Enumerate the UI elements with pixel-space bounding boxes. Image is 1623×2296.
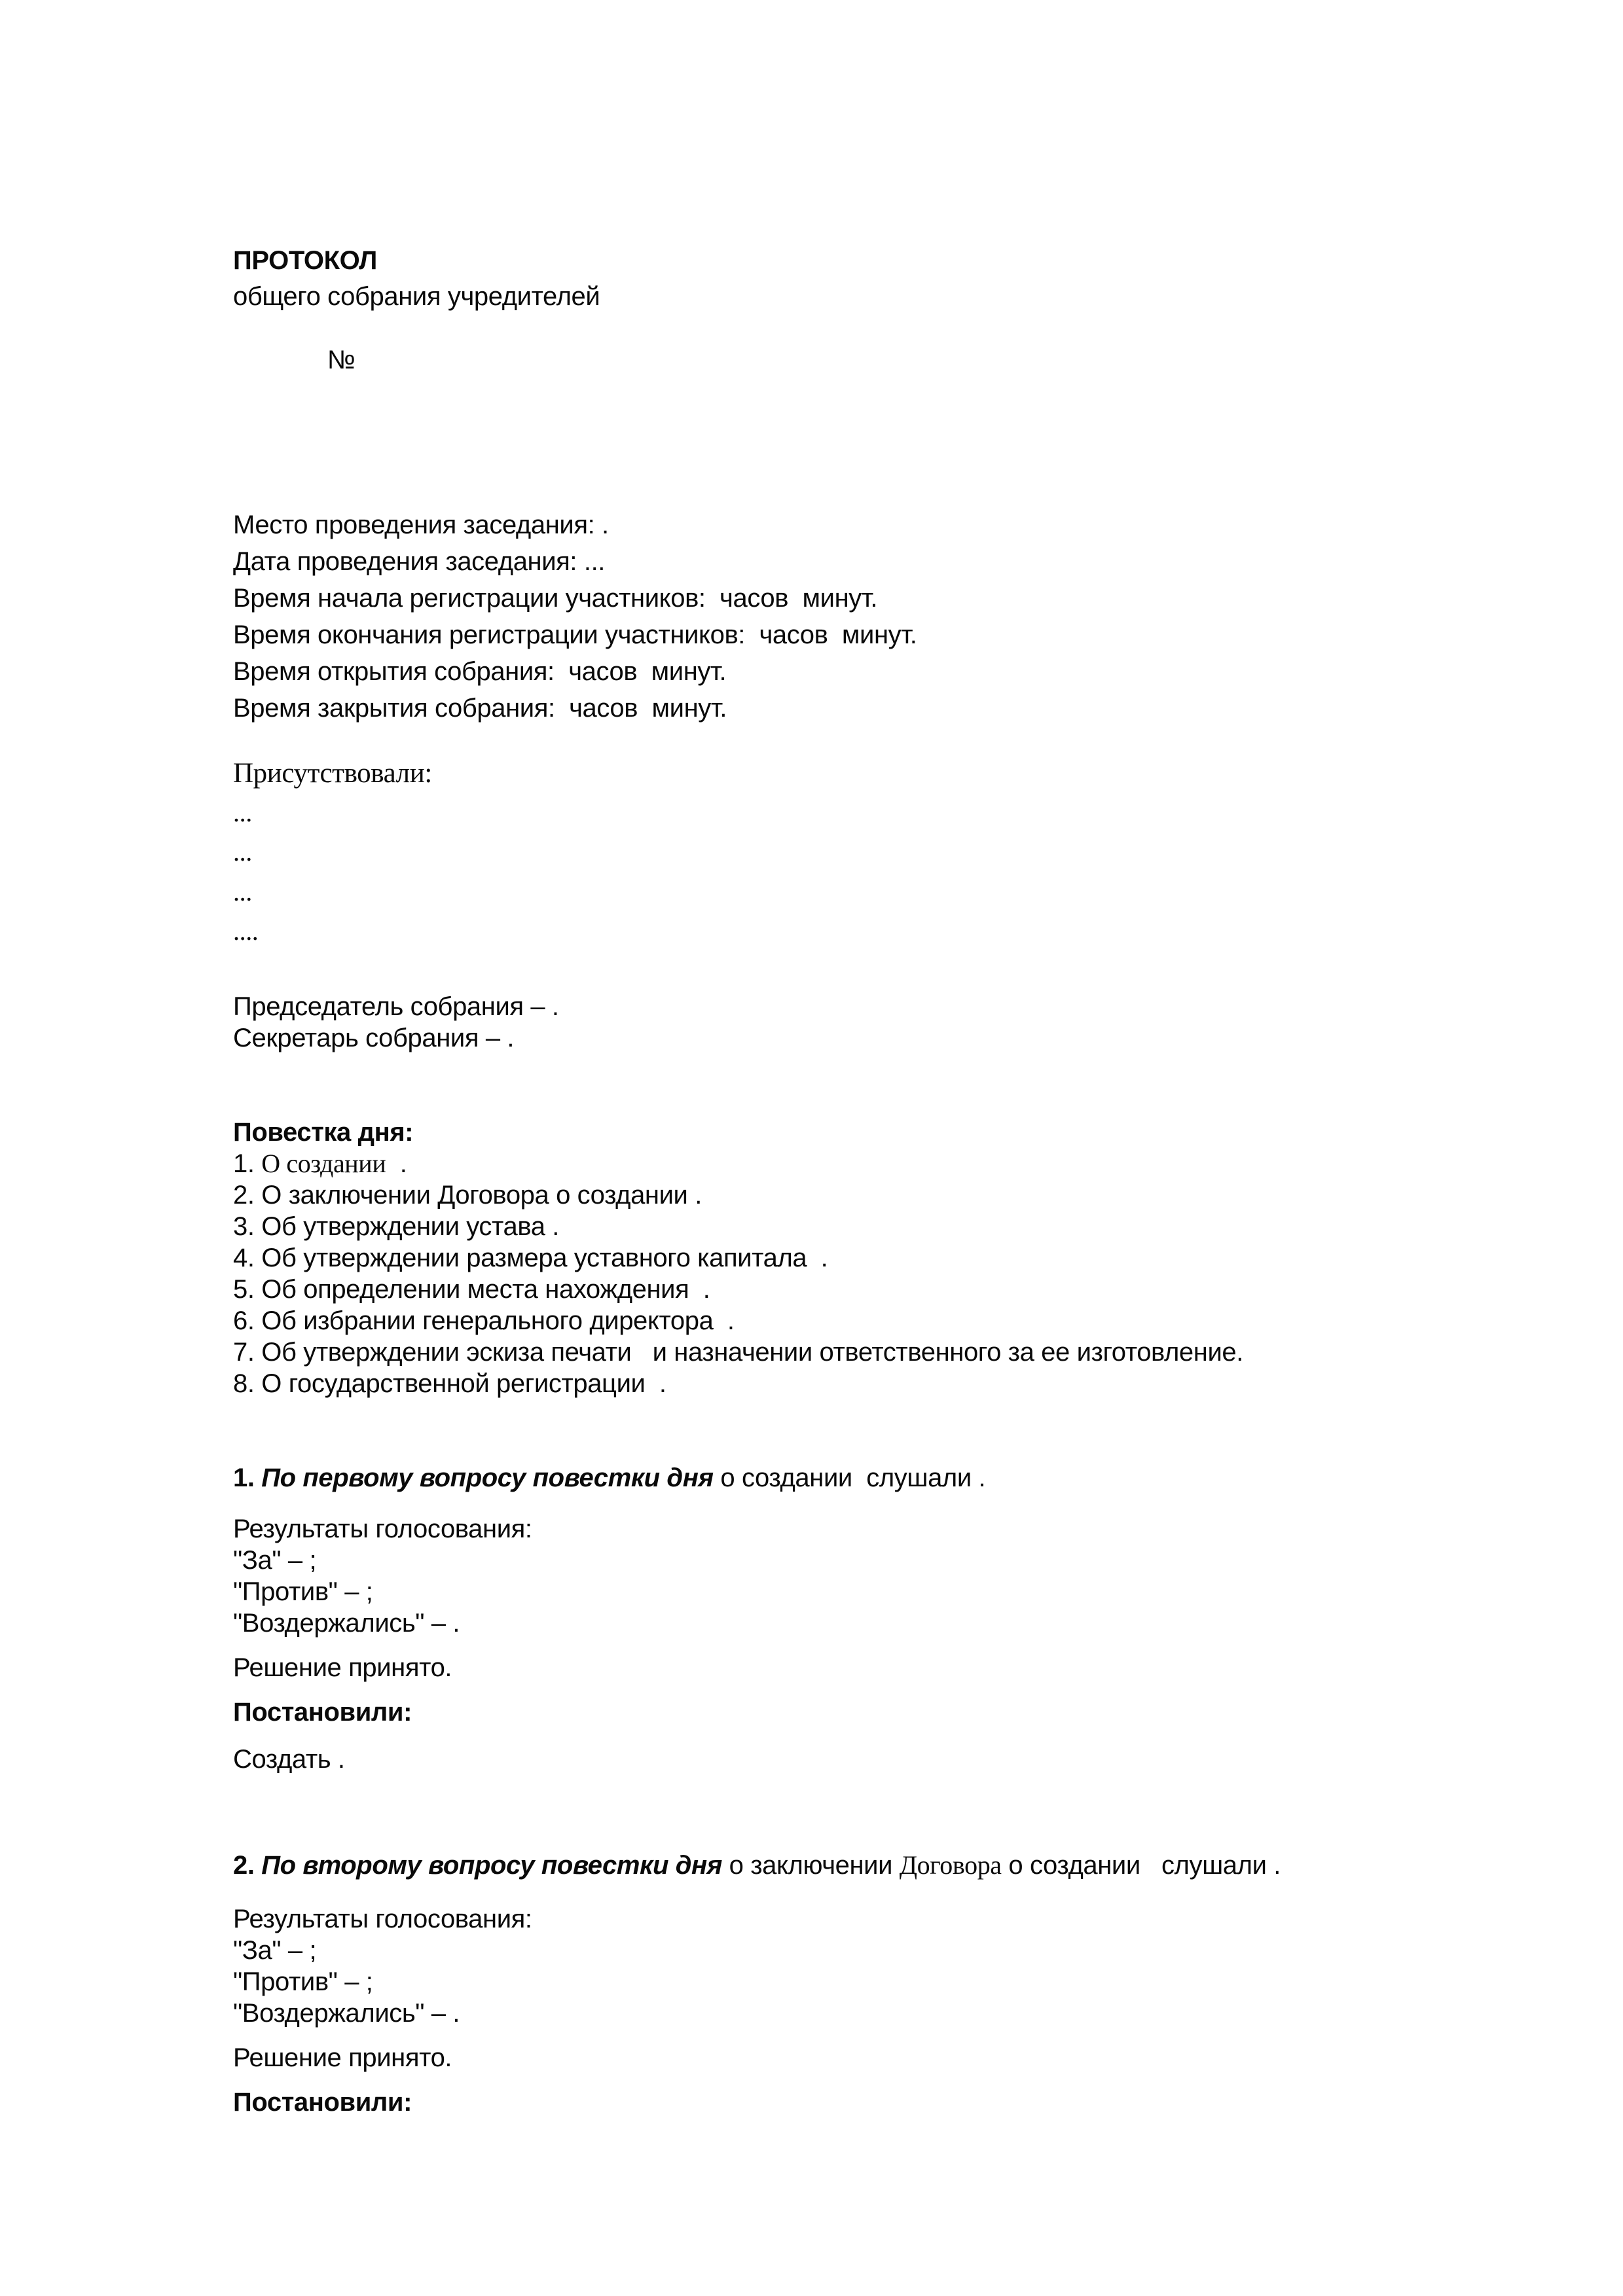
vote-abstained: "Воздержались" – . [233, 1610, 460, 1636]
attendee-item: .... [233, 918, 258, 944]
document-subtitle: общего собрания учредителей [233, 283, 600, 310]
agenda-item: 5. Об определении места нахождения . [233, 1276, 710, 1302]
agenda-item: 7. Об утверждении эскиза печати и назнач… [233, 1339, 1243, 1365]
question-heading-serif-text: Договора [900, 1850, 1002, 1880]
question-heading-text: о заключении [722, 1851, 900, 1880]
attendees-label: Присутствовали: [233, 759, 432, 787]
question-heading-emphasis: По первому вопросу повестки дня [261, 1463, 713, 1492]
agenda-item-text: Об утверждении эскиза печати и назначени… [261, 1338, 1243, 1367]
agenda-item-text: О заключении Договора о создании . [261, 1181, 702, 1210]
agenda-item-number: 3. [233, 1212, 261, 1241]
agenda-item-number: 7. [233, 1338, 261, 1367]
vote-for: "За" – ; [233, 1547, 316, 1573]
resolved-text: Создать . [233, 1746, 345, 1772]
meeting-close-time: Время закрытия собрания: часов минут. [233, 695, 727, 721]
agenda-item: 8. О государственной регистрации . [233, 1371, 666, 1397]
question-heading-emphasis: По второму вопросу повестки дня [261, 1851, 722, 1880]
question-number: 1. [233, 1463, 255, 1492]
agenda-item-text: Об утверждении устава . [261, 1212, 559, 1241]
agenda-item: 6. Об избрании генерального директора . [233, 1308, 735, 1334]
agenda-item-text: Об утверждении размера уставного капитал… [261, 1244, 828, 1272]
decision-status: Решение принято. [233, 2045, 452, 2071]
document-page: ПРОТОКОЛ общего собрания учредителей № М… [0, 0, 1623, 2296]
document-title: ПРОТОКОЛ [233, 247, 377, 274]
meeting-date: Дата проведения заседания: ... [233, 548, 605, 575]
agenda-item-text: О государственной регистрации . [261, 1369, 666, 1398]
agenda-item: 1. О создании . [233, 1151, 407, 1177]
vote-results-label: Результаты голосования: [233, 1516, 532, 1542]
attendee-item: ... [233, 800, 252, 826]
vote-against: "Против" – ; [233, 1969, 373, 1995]
agenda-item-number: 5. [233, 1275, 261, 1304]
question-number: 2. [233, 1851, 255, 1880]
agenda-item-text-tail: . [386, 1149, 407, 1178]
vote-abstained: "Воздержались" – . [233, 2000, 460, 2026]
agenda-item-number: 2. [233, 1181, 261, 1210]
agenda-item-text: Об избрании генерального директора . [261, 1306, 734, 1335]
chairman: Председатель собрания – . [233, 994, 559, 1020]
agenda-item: 3. Об утверждении устава . [233, 1213, 559, 1240]
registration-end-time: Время окончания регистрации участников: … [233, 622, 917, 648]
agenda-item-number: 6. [233, 1306, 261, 1335]
vote-for: "За" – ; [233, 1937, 316, 1964]
agenda-title: Повестка дня: [233, 1119, 413, 1145]
registration-start-time: Время начала регистрации участников: час… [233, 585, 877, 611]
agenda-item-number: 4. [233, 1244, 261, 1272]
attendee-item: ... [233, 879, 252, 905]
resolved-label: Постановили: [233, 1699, 412, 1725]
question-1-heading: 1. По первому вопросу повестки дня о соз… [233, 1465, 985, 1491]
protocol-number-sign: № [327, 347, 356, 373]
agenda-item: 4. Об утверждении размера уставного капи… [233, 1245, 828, 1271]
vote-against: "Против" – ; [233, 1579, 373, 1605]
agenda-item-number: 8. [233, 1369, 261, 1398]
meeting-open-time: Время открытия собрания: часов минут. [233, 658, 726, 685]
resolved-label: Постановили: [233, 2089, 412, 2115]
attendee-item: ... [233, 839, 252, 865]
secretary: Секретарь собрания – . [233, 1025, 514, 1051]
agenda-item: 2. О заключении Договора о создании . [233, 1182, 702, 1208]
question-2-heading: 2. По второму вопросу повестки дня о зак… [233, 1852, 1281, 1878]
meeting-place: Место проведения заседания: . [233, 512, 609, 538]
decision-status: Решение принято. [233, 1655, 452, 1681]
vote-results-label: Результаты голосования: [233, 1906, 532, 1932]
agenda-item-number: 1. [233, 1149, 261, 1178]
question-heading-text-tail: о создании слушали . [1002, 1851, 1281, 1880]
agenda-item-text: О создании [261, 1149, 386, 1178]
agenda-item-text: Об определении места нахождения . [261, 1275, 710, 1304]
question-heading-text: о создании слушали . [714, 1463, 986, 1492]
